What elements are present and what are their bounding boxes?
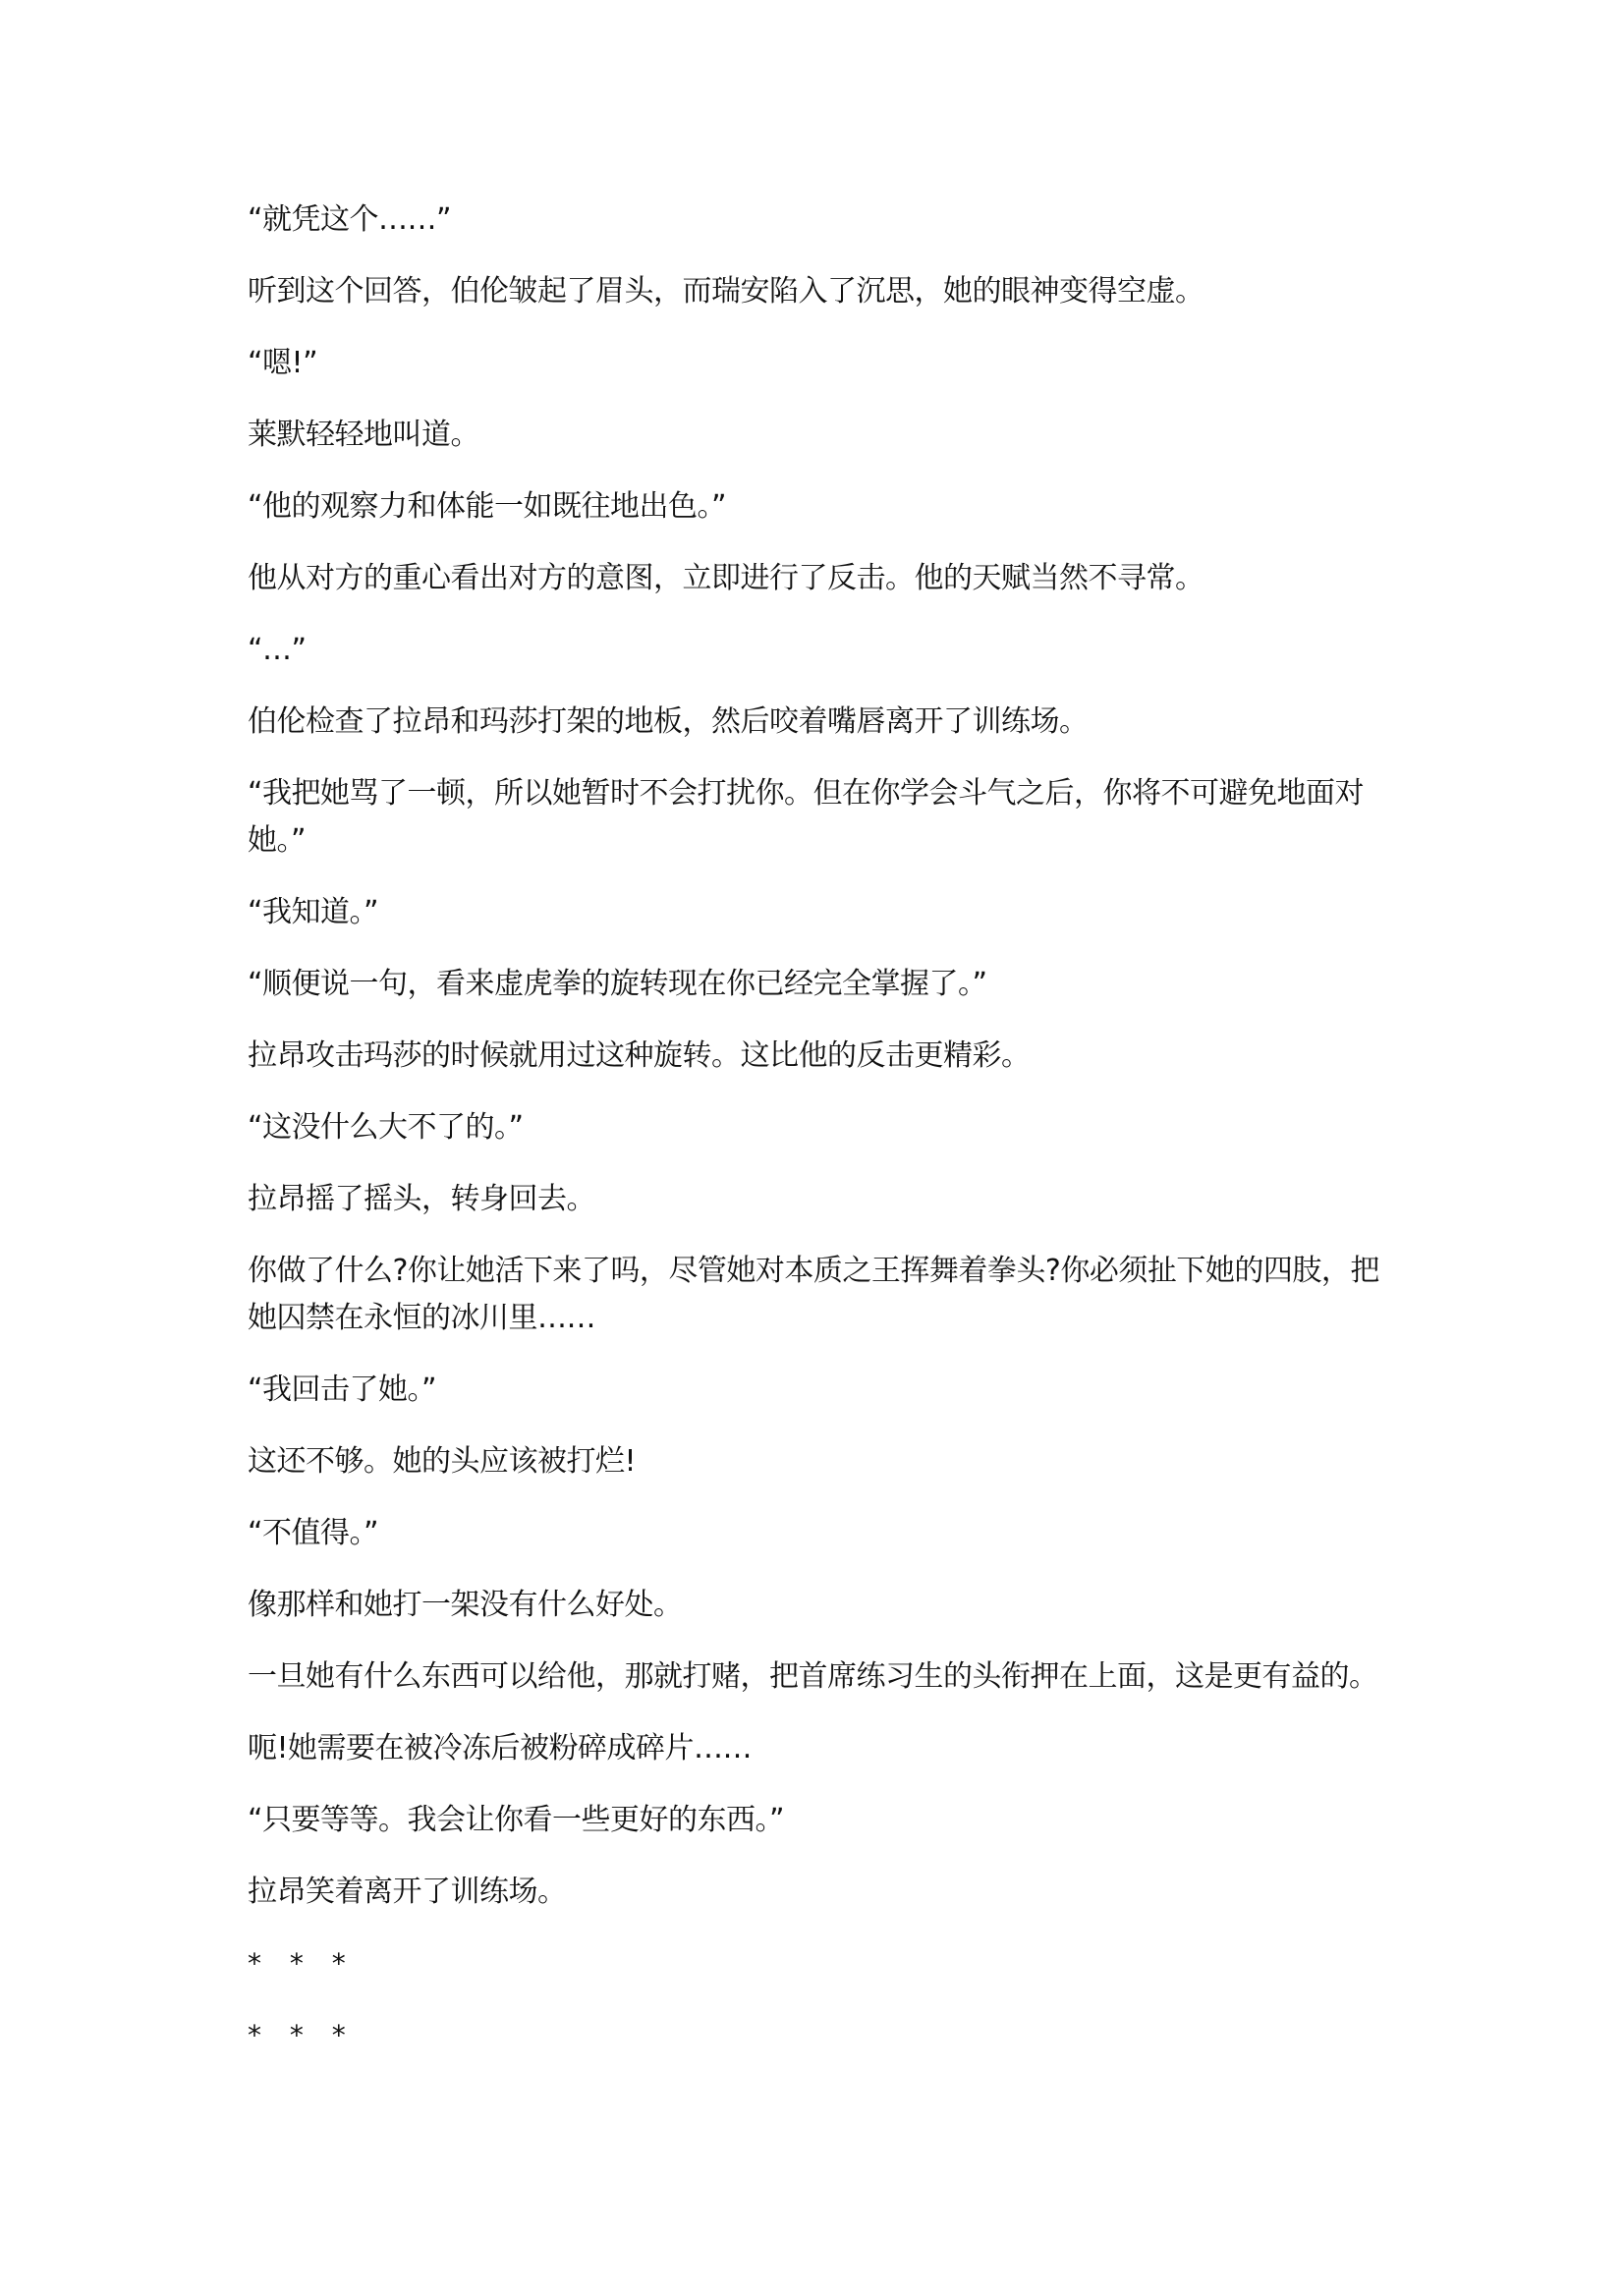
paragraph-1: “就凭这个……” bbox=[248, 196, 1407, 244]
paragraph-17: 这还不够。她的头应该被打烂! bbox=[248, 1438, 1407, 1485]
section-separator: * * * bbox=[248, 1940, 1407, 1988]
paragraph-12: 拉昂攻击玛莎的时候就用过这种旋转。这比他的反击更精彩。 bbox=[248, 1033, 1407, 1080]
paragraph-5: “他的观察力和体能一如既往地出色。” bbox=[248, 483, 1407, 531]
paragraph-22: “只要等等。我会让你看一些更好的东西。” bbox=[248, 1797, 1407, 1844]
paragraph-13: “这没什么大不了的。” bbox=[248, 1104, 1407, 1151]
paragraph-20: 一旦她有什么东西可以给他，那就打赌，把首席练习生的头衔押在上面，这是更有益的。 bbox=[248, 1653, 1407, 1701]
paragraph-14: 拉昂摇了摇头，转身回去。 bbox=[248, 1176, 1407, 1223]
paragraph-15: 你做了什么?你让她活下来了吗，尽管她对本质之王挥舞着拳头?你必须扯下她的四肢，把… bbox=[248, 1248, 1407, 1342]
paragraph-4: 莱默轻轻地叫道。 bbox=[248, 412, 1407, 459]
paragraph-21: 呃!她需要在被冷冻后被粉碎成碎片…… bbox=[248, 1725, 1407, 1772]
paragraph-3: “嗯!” bbox=[248, 340, 1407, 387]
paragraph-9: “我把她骂了一顿，所以她暂时不会打扰你。但在你学会斗气之后，你将不可避免地面对她… bbox=[248, 770, 1407, 865]
section-separator: * * * bbox=[248, 2012, 1407, 2059]
paragraph-10: “我知道。” bbox=[248, 889, 1407, 936]
paragraph-16: “我回击了她。” bbox=[248, 1367, 1407, 1414]
paragraph-23: 拉昂笑着离开了训练场。 bbox=[248, 1869, 1407, 1916]
paragraph-7: “…” bbox=[248, 627, 1407, 674]
paragraph-18: “不值得。” bbox=[248, 1510, 1407, 1557]
paragraph-19: 像那样和她打一架没有什么好处。 bbox=[248, 1582, 1407, 1629]
paragraph-2: 听到这个回答，伯伦皱起了眉头，而瑞安陷入了沉思，她的眼神变得空虚。 bbox=[248, 268, 1407, 315]
paragraph-8: 伯伦检查了拉昂和玛莎打架的地板，然后咬着嘴唇离开了训练场。 bbox=[248, 699, 1407, 746]
document-page: “就凭这个……” 听到这个回答，伯伦皱起了眉头，而瑞安陷入了沉思，她的眼神变得空… bbox=[248, 196, 1407, 2084]
paragraph-6: 他从对方的重心看出对方的意图，立即进行了反击。他的天赋当然不寻常。 bbox=[248, 555, 1407, 602]
paragraph-11: “顺便说一句，看来虚虎拳的旋转现在你已经完全掌握了。” bbox=[248, 961, 1407, 1008]
